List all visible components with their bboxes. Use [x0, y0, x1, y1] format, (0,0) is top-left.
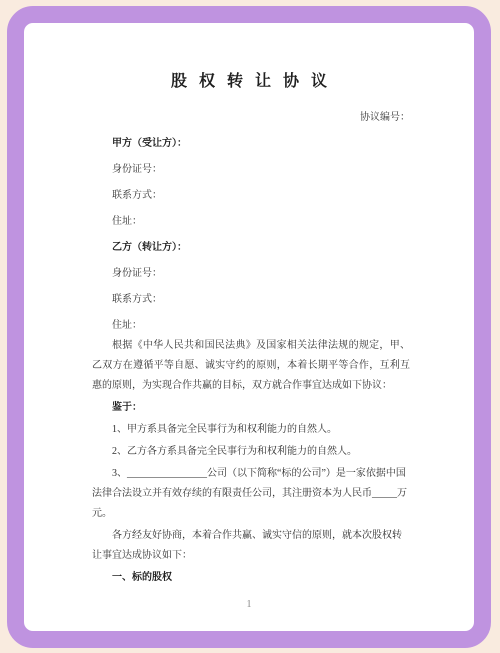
agreement-number-label: 协议编号：	[92, 108, 410, 128]
party-a-heading: 甲方（受让方）：	[92, 134, 410, 154]
party-b-heading: 乙方（转让方）：	[92, 238, 410, 258]
screenshot-root: { "colors": { "outer_background": "#f9eb…	[0, 0, 500, 653]
section-heading: 一、标的股权	[92, 568, 410, 588]
whereas-item-2: 2、乙方各方系具备完全民事行为和权利能力的自然人。	[92, 442, 410, 462]
whereas-heading: 鉴于：	[92, 398, 410, 418]
whereas-item-1: 1、甲方系具备完全民事行为和权利能力的自然人。	[92, 420, 410, 440]
party-a-contact-field: 联系方式：	[92, 186, 410, 206]
document-title: 股 权 转 让 协 议	[92, 71, 410, 93]
preamble-paragraph: 根据《中华人民共和国民法典》及国家相关法律法规的规定，甲、乙双方在遵循平等自愿、…	[92, 336, 410, 396]
party-a-id-field: 身份证号：	[92, 160, 410, 180]
closing-paragraph: 各方经友好协商，本着合作共赢、诚实守信的原则，就本次股权转让事宜达成协议如下：	[92, 526, 410, 566]
document-content: 股 权 转 让 协 议 协议编号： 甲方（受让方）： 身份证号： 联系方式： 住…	[24, 23, 474, 631]
decorative-purple-frame: 股 权 转 让 协 议 协议编号： 甲方（受让方）： 身份证号： 联系方式： 住…	[7, 6, 491, 648]
party-b-contact-field: 联系方式：	[92, 290, 410, 310]
whereas-item-3: 3、________________公司（以下简称“标的公司”）是一家依据中国法…	[92, 464, 410, 524]
party-a-address-field: 住址：	[92, 212, 410, 232]
party-b-address-field: 住址：	[92, 316, 410, 336]
page-number: 1	[24, 595, 474, 615]
party-b-id-field: 身份证号：	[92, 264, 410, 284]
